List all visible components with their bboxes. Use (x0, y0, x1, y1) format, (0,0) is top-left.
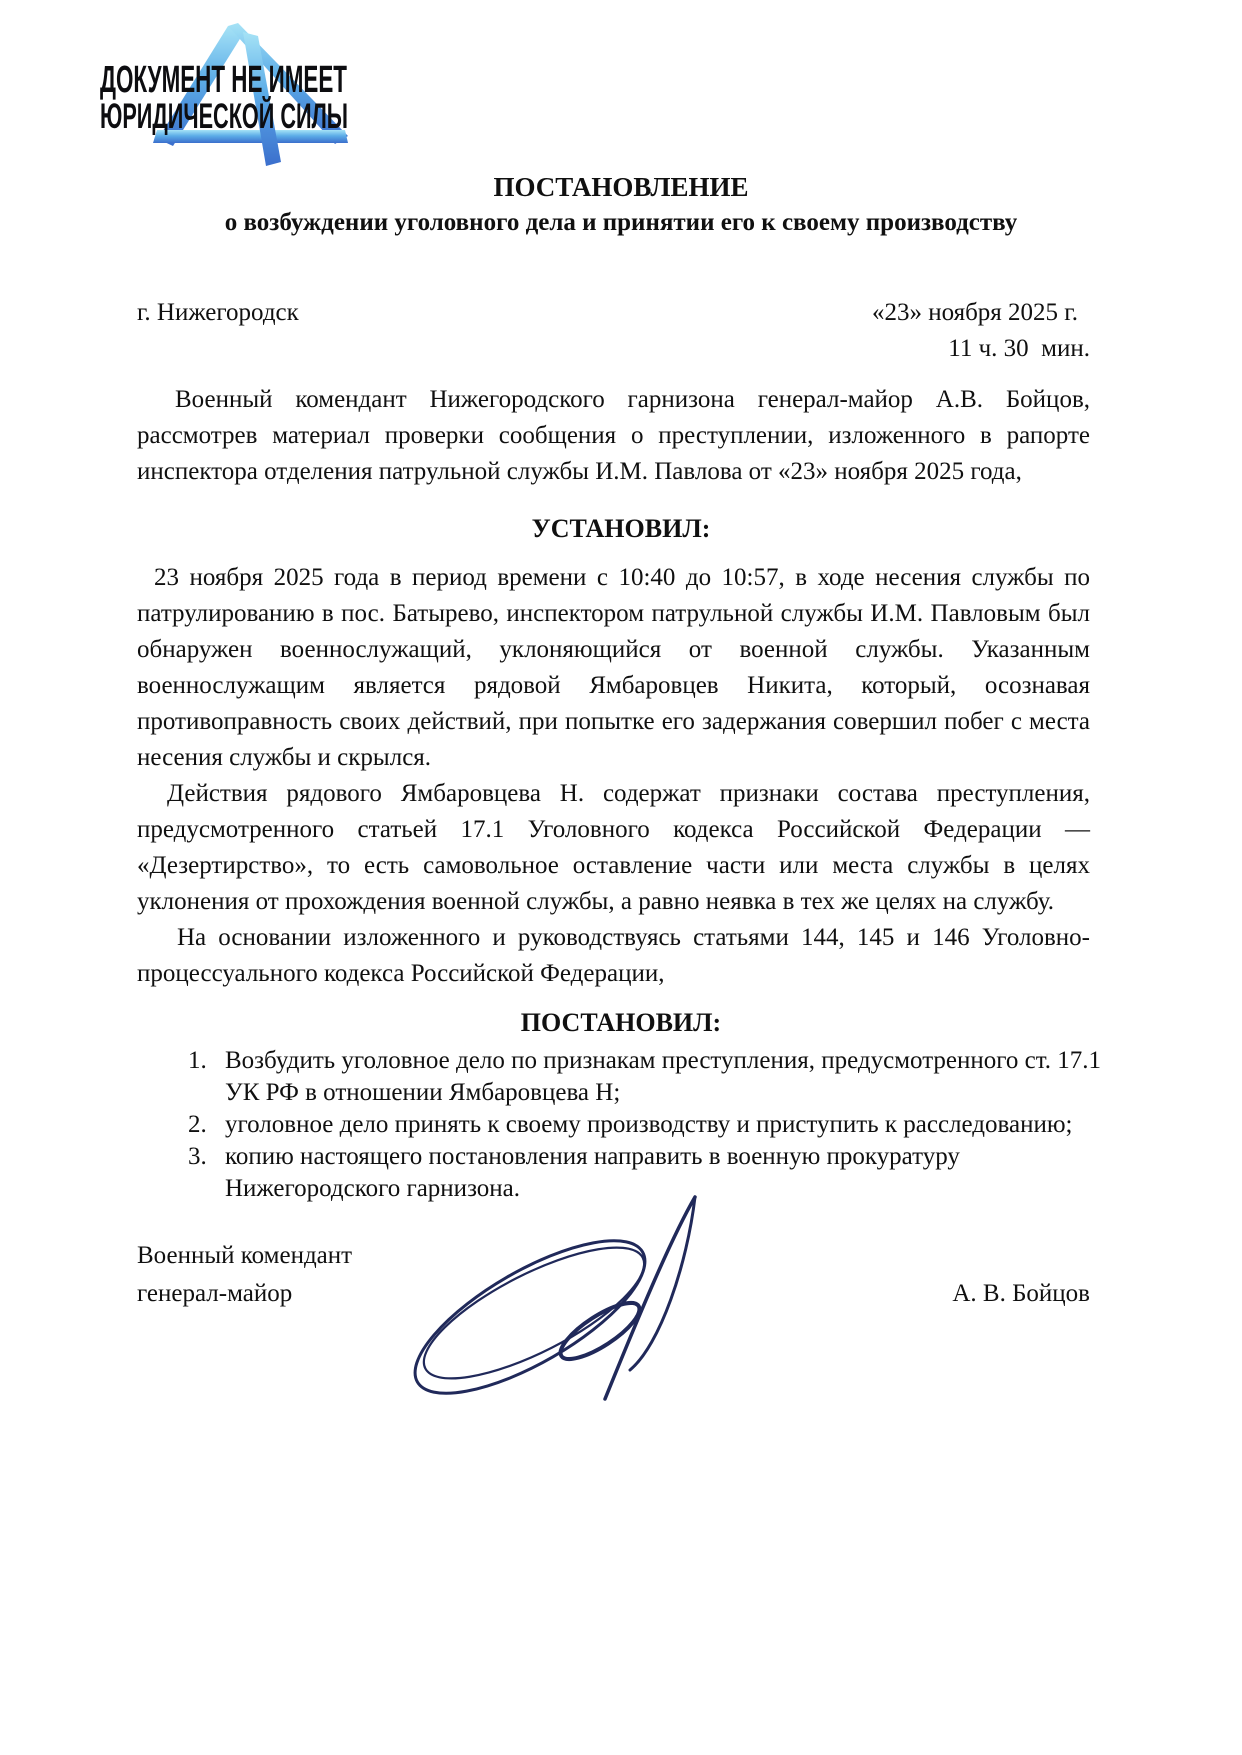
meta-row: г. Нижегородск «23» ноября 2025 г. (137, 295, 1090, 331)
signer-name: А. В. Бойцов (952, 1281, 1090, 1306)
established-body: 23 ноября 2025 года в период времени с 1… (137, 560, 1090, 992)
list-item-number: 1. (188, 1045, 225, 1109)
document-subtitle: о возбуждении уголовного дела и принятии… (0, 206, 1242, 240)
watermark-caption-line1: ДОКУМЕНТ НЕ ИМЕЕТ (100, 59, 347, 101)
intro-paragraph-block: Военный комендант Нижегородского гарнизо… (137, 382, 1090, 490)
list-item: 1. Возбудить уголовное дело по признакам… (137, 1045, 1102, 1109)
list-item-number: 3. (188, 1141, 225, 1205)
handwritten-signature (390, 1185, 720, 1415)
document-title: ПОСТАНОВЛЕНИЕ (0, 170, 1242, 204)
signature-svg (390, 1185, 720, 1415)
body-paragraph-3: На основании изложенного и руководствуяс… (137, 920, 1090, 992)
document-page: { "colors": { "ink_text": "#101010", "si… (0, 0, 1242, 1755)
resolved-list: 1. Возбудить уголовное дело по признакам… (137, 1045, 1102, 1205)
signature-strokes (394, 1197, 695, 1415)
established-heading: УСТАНОВИЛ: (0, 511, 1242, 547)
list-item-number: 2. (188, 1109, 225, 1141)
intro-paragraph: Военный комендант Нижегородского гарнизо… (137, 382, 1090, 490)
list-item: 2. уголовное дело принять к своему произ… (137, 1109, 1102, 1141)
time-label: 11 ч. 30 мин. (137, 331, 1090, 367)
city-label: г. Нижегородск (137, 295, 299, 331)
meta-block: г. Нижегородск «23» ноября 2025 г. 11 ч.… (137, 295, 1090, 367)
no-legal-force-watermark: ДОКУМЕНТ НЕ ИМЕЕТ ЮРИДИЧЕСКОЙ СИЛЫ (95, 18, 355, 168)
date-label: «23» ноября 2025 г. (872, 295, 1078, 331)
list-item-text: Возбудить уголовное дело по признакам пр… (225, 1045, 1102, 1109)
signer-post-line2: генерал-майор (137, 1281, 292, 1306)
resolved-heading: ПОСТАНОВИЛ: (0, 1005, 1242, 1041)
body-paragraph-1: 23 ноября 2025 года в период времени с 1… (137, 560, 1090, 776)
watermark-caption-line2: ЮРИДИЧЕСКОЙ СИЛЫ (100, 96, 348, 136)
list-item-text: уголовное дело принять к своему производ… (225, 1109, 1102, 1141)
body-paragraph-2: Действия рядового Ямбаровцева Н. содержа… (137, 776, 1090, 920)
watermark-svg: ДОКУМЕНТ НЕ ИМЕЕТ ЮРИДИЧЕСКОЙ СИЛЫ (95, 18, 355, 168)
